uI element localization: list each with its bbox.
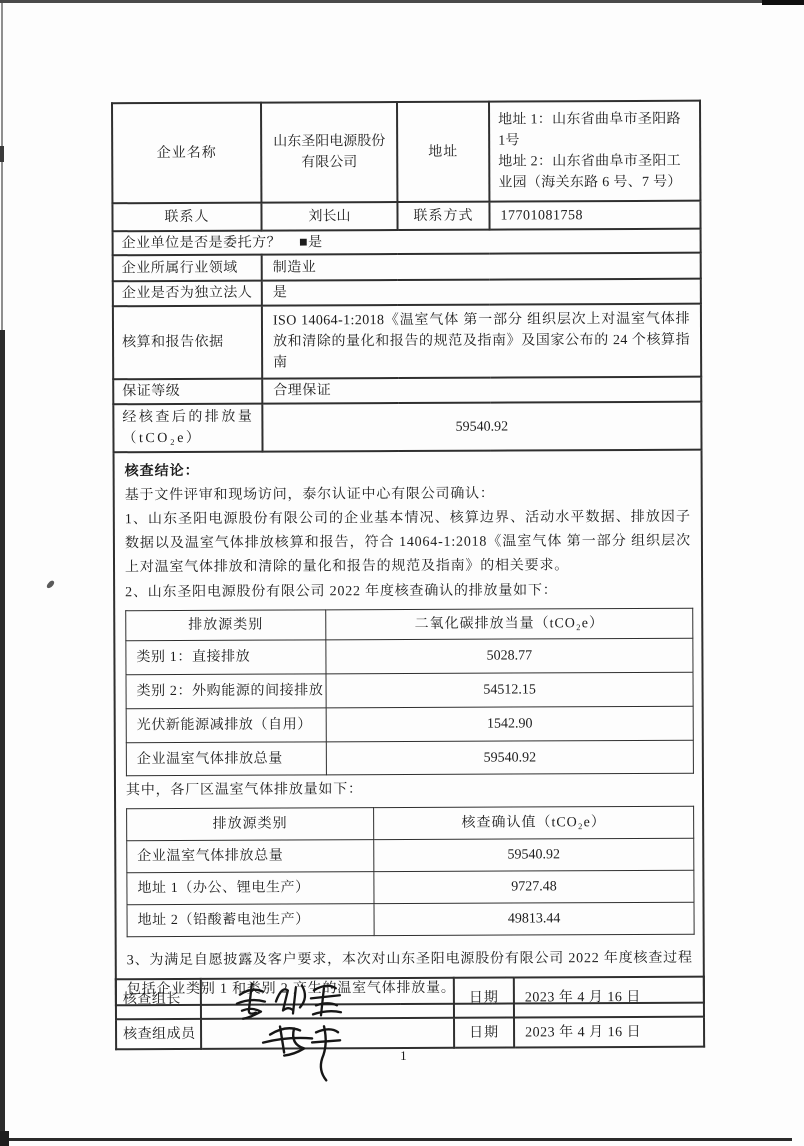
- row-contact: 联系人 刘长山 联系方式 17701081758: [112, 201, 700, 232]
- contact-value: 刘长山: [261, 202, 397, 231]
- leader-date-value: 2023 年 4 月 16 日: [514, 977, 704, 1018]
- row-company: 企业名称 山东圣阳电源股份有限公司 地址 地址 1：山东省曲阜市圣阳路 1号 地…: [112, 101, 700, 204]
- basis-label: 核算和报告依据: [113, 306, 262, 380]
- team-member-signature-cell: [201, 1018, 454, 1049]
- address-line-2: 地址 2：山东省曲阜市圣阳工业园（海关东路 6 号、7 号）: [498, 151, 691, 194]
- company-name-label: 企业名称: [112, 103, 261, 204]
- industry-label: 企业所属行业领域: [113, 255, 262, 282]
- conclusion-point-1: 1、山东圣阳电源股份有限公司的企业基本情况、核算边界、活动水平数据、排放因子数据…: [125, 506, 691, 580]
- verified-emissions-label-line1: 经核查后的排放量: [122, 407, 257, 429]
- row-assurance: 保证等级 合理保证: [113, 377, 701, 405]
- address-line-1: 地址 1：山东省曲阜市圣阳路 1号: [498, 109, 691, 152]
- assurance-value: 合理保证: [262, 377, 701, 404]
- conclusion-point-2: 2、山东圣阳电源股份有限公司 2022 年度核查确认的排放量如下：: [125, 578, 691, 605]
- site-emission-table: 排放源类别 核查确认值（tCO₂e） 企业温室气体排放总量 59540.92 地…: [126, 806, 695, 937]
- scanned-page: 企业名称 山东圣阳电源股份有限公司 地址 地址 1：山东省曲阜市圣阳路 1号 地…: [0, 0, 804, 1146]
- phone-value: 17701081758: [489, 201, 700, 230]
- conclusion-intro: 基于文件评审和现场访问，泰尔认证中心有限公司确认：: [125, 481, 691, 508]
- row-client-question: 企业单位是否是委托方？ ■是: [113, 229, 701, 256]
- phone-label: 联系方式: [397, 202, 489, 230]
- table-row: 企业温室气体排放总量 59540.92: [127, 838, 694, 872]
- basis-value: ISO 14064-1:2018《温室气体 第一部分 组织层次上对温室气体排放和…: [262, 304, 701, 379]
- legal-person-label: 企业是否为独立法人: [113, 281, 262, 307]
- industry-value: 制造业: [262, 253, 701, 281]
- row-verified-emissions: 经核查后的排放量 （tCO₂e） 59540.92: [113, 402, 701, 453]
- site-col-source: 排放源类别: [127, 808, 374, 841]
- emission-table-header: 排放源类别 二氧化碳排放当量（tCO₂e）: [126, 608, 693, 640]
- contact-label: 联系人: [112, 203, 261, 232]
- member-date-label: 日期: [454, 1018, 514, 1048]
- site-emission-caption: 其中，各厂区温室气体排放量如下：: [126, 776, 692, 803]
- conclusion-title: 核查结论：: [125, 458, 691, 483]
- client-question-cell: 企业单位是否是委托方？ ■是: [113, 229, 701, 256]
- row-conclusion: 核查结论： 基于文件评审和现场访问，泰尔认证中心有限公司确认： 1、山东圣阳电源…: [114, 450, 704, 1006]
- site-row-category: 地址 2（铅酸蓄电池生产）: [127, 904, 374, 937]
- site-col-confirmed: 核查确认值（tCO₂e）: [374, 806, 694, 839]
- row-legal-person: 企业是否为独立法人 是: [113, 279, 701, 307]
- emission-row-category: 企业温室气体排放总量: [126, 742, 326, 776]
- table-row: 地址 2（铅酸蓄电池生产） 49813.44: [127, 902, 694, 936]
- info-table: 企业名称 山东圣阳电源股份有限公司 地址 地址 1：山东省曲阜市圣阳路 1号 地…: [111, 100, 705, 1007]
- table-row: 类别 2：外购能源的间接排放 54512.15: [126, 672, 693, 708]
- row-team-leader: 核查组长: [116, 977, 704, 1020]
- page-number: 1: [400, 1048, 407, 1064]
- conclusion-cell: 核查结论： 基于文件评审和现场访问，泰尔认证中心有限公司确认： 1、山东圣阳电源…: [114, 450, 704, 1006]
- emission-row-category: 类别 1：直接排放: [126, 640, 326, 675]
- leader-date-label: 日期: [454, 978, 514, 1018]
- site-row-value: 59540.92: [374, 838, 694, 871]
- legal-person-value: 是: [262, 279, 701, 306]
- emission-row-value: 1542.90: [326, 706, 693, 742]
- verified-emissions-label-line2: （tCO₂e）: [122, 428, 257, 450]
- address-value: 地址 1：山东省曲阜市圣阳路 1号 地址 2：山东省曲阜市圣阳工业园（海关东路 …: [489, 101, 700, 202]
- member-date-value: 2023 年 4 月 16 日: [514, 1017, 704, 1048]
- emission-row-value: 59540.92: [326, 740, 693, 775]
- site-row-value: 49813.44: [374, 902, 694, 935]
- emission-row-value: 54512.15: [326, 672, 693, 708]
- table-row: 光伏新能源减排放（自用） 1542.90: [126, 706, 693, 742]
- row-industry: 企业所属行业领域 制造业: [113, 253, 701, 282]
- team-leader-signature-cell: [201, 978, 454, 1019]
- emission-row-category: 类别 2：外购能源的间接排放: [126, 674, 326, 709]
- site-row-value: 9727.48: [374, 870, 694, 903]
- site-row-category: 企业温室气体排放总量: [127, 840, 374, 873]
- verified-emissions-label: 经核查后的排放量 （tCO₂e）: [113, 404, 262, 453]
- site-row-category: 地址 1（办公、锂电生产）: [127, 872, 374, 905]
- team-member-label: 核查组成员: [116, 1019, 201, 1049]
- table-row: 类别 1：直接排放 5028.77: [126, 638, 693, 674]
- emission-col-co2e: 二氧化碳排放当量（tCO₂e）: [326, 608, 693, 640]
- leader-signature-icon: [230, 977, 355, 1024]
- emission-table: 排放源类别 二氧化碳排放当量（tCO₂e） 类别 1：直接排放 5028.77 …: [125, 608, 694, 776]
- emission-row-value: 5028.77: [326, 638, 693, 674]
- emission-row-category: 光伏新能源减排放（自用）: [126, 708, 326, 743]
- assurance-label: 保证等级: [113, 379, 262, 405]
- address-label: 地址: [397, 102, 489, 202]
- table-row: 地址 1（办公、锂电生产） 9727.48: [127, 870, 694, 904]
- document-body: 企业名称 山东圣阳电源股份有限公司 地址 地址 1：山东省曲阜市圣阳路 1号 地…: [0, 0, 804, 1146]
- team-leader-label: 核查组长: [116, 979, 201, 1019]
- site-table-header: 排放源类别 核查确认值（tCO₂e）: [127, 806, 694, 840]
- table-row: 企业温室气体排放总量 59540.92: [126, 740, 693, 775]
- row-basis: 核算和报告依据 ISO 14064-1:2018《温室气体 第一部分 组织层次上…: [113, 304, 701, 380]
- member-signature-icon: [254, 1018, 364, 1082]
- emission-col-source: 排放源类别: [126, 610, 326, 641]
- verified-emissions-value: 59540.92: [262, 402, 701, 452]
- client-answer-checkbox: ■是: [299, 235, 323, 250]
- row-team-member: 核查组成员 日期 2023 年 4 月 16 日: [116, 1017, 704, 1050]
- signoff-table: 核查组长: [115, 976, 705, 1051]
- company-name-value: 山东圣阳电源股份有限公司: [261, 102, 397, 203]
- client-question-text: 企业单位是否是委托方？: [122, 235, 282, 251]
